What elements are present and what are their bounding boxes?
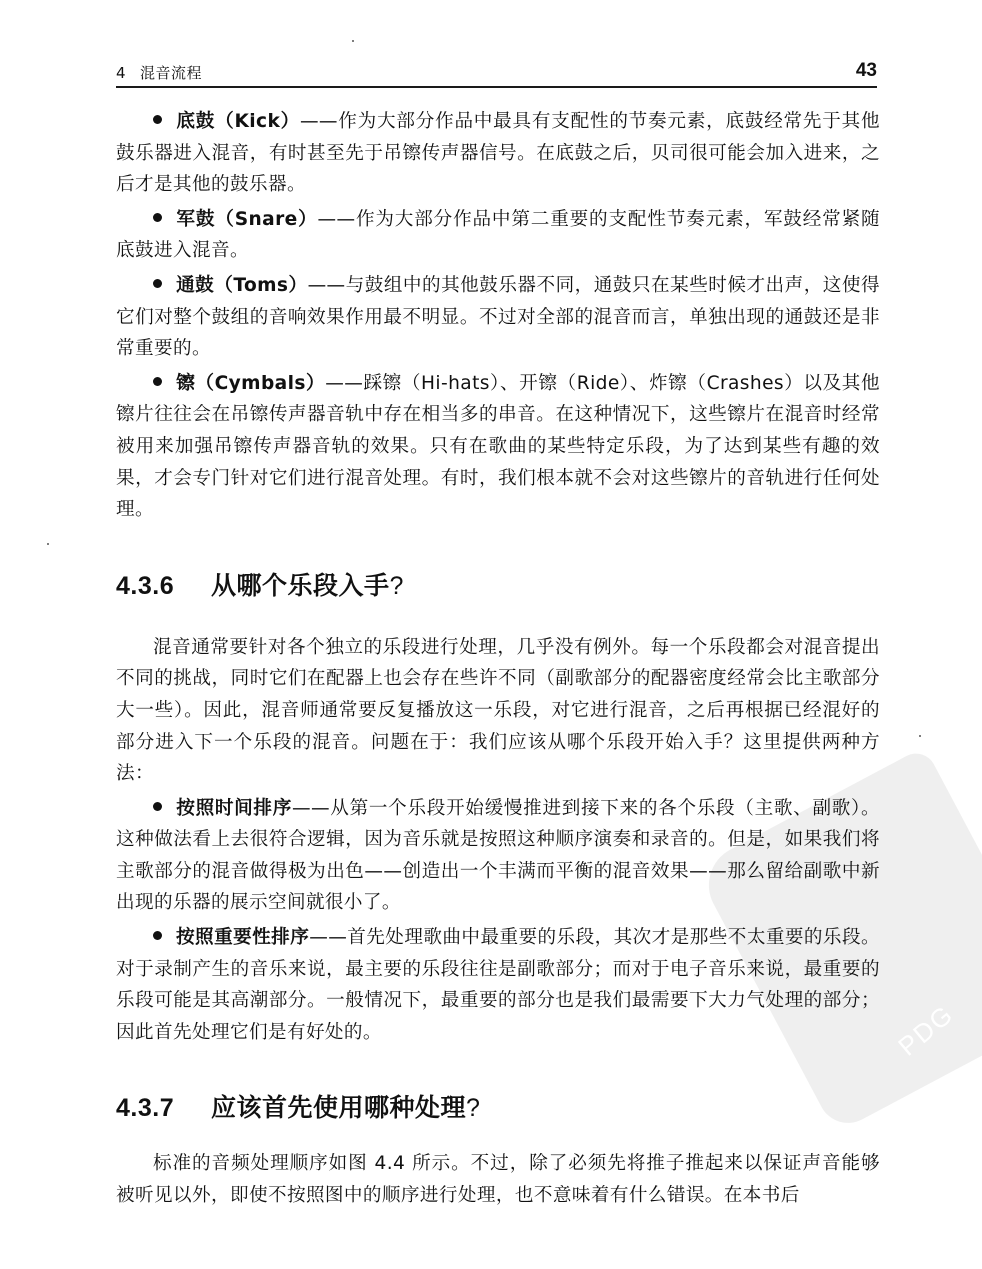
bullet-snare: 军鼓（Snare）——作为大部分作品中第二重要的支配性节奏元素，军鼓经常紧随底鼓… xyxy=(116,204,880,267)
section-title: 从哪个乐段入手 xyxy=(211,572,390,600)
running-header: 4混音流程 43 xyxy=(116,60,877,88)
scan-speck xyxy=(47,543,49,545)
bullet-term: 按照重要性排序 xyxy=(176,927,309,948)
bullet-term: 军鼓（Snare） xyxy=(176,209,318,230)
scan-speck xyxy=(919,735,921,737)
bullet-importance: 按照重要性排序——首先处理歌曲中最重要的乐段，其次才是那些不太重要的乐段。对于录… xyxy=(116,922,880,1048)
section-heading-4-3-6: 4.3.6从哪个乐段入手? xyxy=(116,566,880,602)
chapter-number: 4 xyxy=(116,64,126,82)
bullet-term: 通鼓（Toms） xyxy=(176,275,308,296)
bullet-icon xyxy=(153,279,162,288)
header-chapter: 4混音流程 xyxy=(116,62,202,83)
chapter-title: 混音流程 xyxy=(140,64,202,82)
bullet-text: ——踩镲（Hi-hats）、开镲（Ride）、炸镲（Crashes）以及其他镲片… xyxy=(116,373,880,520)
bullet-icon xyxy=(153,115,162,124)
section-title: 应该首先使用哪种处理 xyxy=(211,1094,466,1122)
book-page: PDG 4混音流程 43 底鼓（Kick）——作为大部分作品中最具有支配性的节奏… xyxy=(0,0,982,1269)
bullet-toms: 通鼓（Toms）——与鼓组中的其他鼓乐器不同，通鼓只在某些时候才出声，这使得它们… xyxy=(116,270,880,365)
section-4-3-7-intro: 标准的音频处理顺序如图 4.4 所示。不过，除了必须先将推子推起来以保证声音能够… xyxy=(116,1148,880,1211)
bullet-cymbals: 镲（Cymbals）——踩镲（Hi-hats）、开镲（Ride）、炸镲（Cras… xyxy=(116,368,880,526)
scan-speck xyxy=(352,40,354,42)
bullet-icon xyxy=(153,931,162,940)
section-number: 4.3.6 xyxy=(116,572,211,601)
section-4-3-6-intro: 混音通常要针对各个独立的乐段进行处理，几乎没有例外。每一个乐段都会对混音提出不同… xyxy=(116,632,880,790)
bullet-kick: 底鼓（Kick）——作为大部分作品中最具有支配性的节奏元素，底鼓经常先于其他鼓乐… xyxy=(116,106,880,201)
page-number: 43 xyxy=(856,60,877,82)
bullet-icon xyxy=(153,377,162,386)
bullet-term: 底鼓（Kick） xyxy=(176,111,300,132)
bullet-icon xyxy=(153,802,162,811)
bullet-icon xyxy=(153,213,162,222)
bullet-chronological: 按照时间排序——从第一个乐段开始缓慢推进到接下来的各个乐段（主歌、副歌）。这种做… xyxy=(116,793,880,919)
section-heading-4-3-7: 4.3.7应该首先使用哪种处理? xyxy=(116,1088,880,1124)
section-qmark: ? xyxy=(390,572,404,600)
section-qmark: ? xyxy=(466,1094,480,1122)
section-number: 4.3.7 xyxy=(116,1094,211,1123)
page-body: 底鼓（Kick）——作为大部分作品中最具有支配性的节奏元素，底鼓经常先于其他鼓乐… xyxy=(116,106,880,1212)
bullet-term: 按照时间排序 xyxy=(176,798,292,819)
bullet-term: 镲（Cymbals） xyxy=(176,373,325,394)
